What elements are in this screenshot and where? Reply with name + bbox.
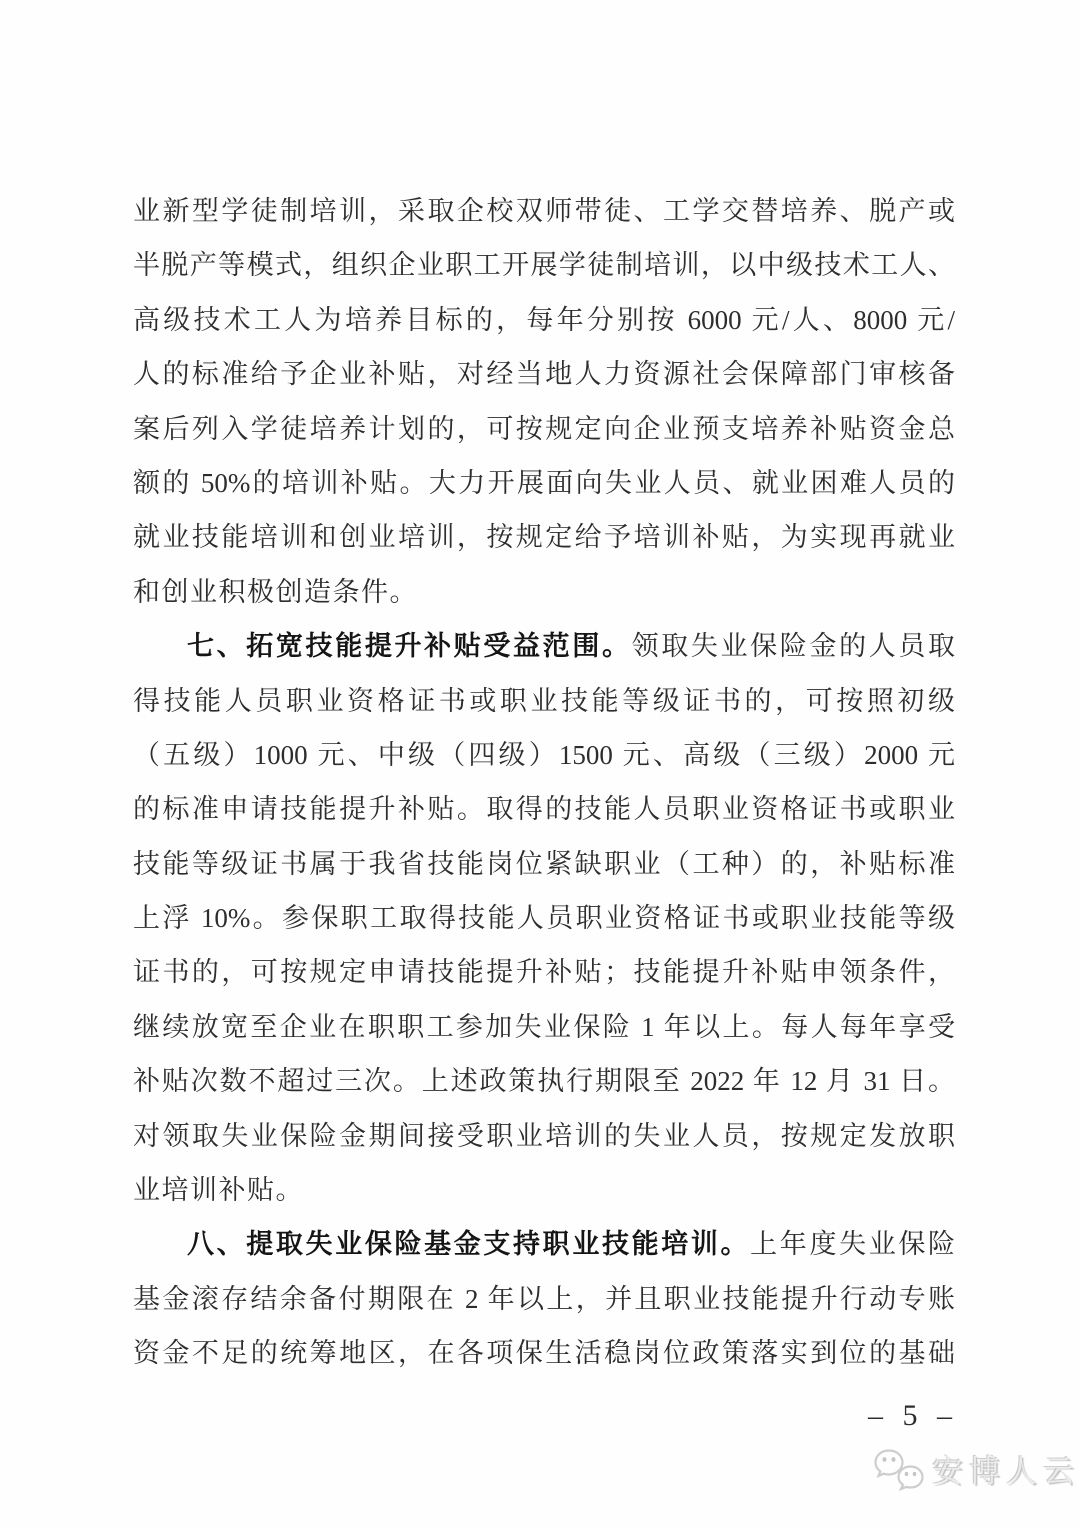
body-line: 的标准申请技能提升补贴。取得的技能人员职业资格证书或职业: [133, 782, 955, 836]
body-line: 高级技术工人为培养目标的，每年分别按 6000 元/人、8000 元/: [133, 293, 955, 347]
body-line: 补贴次数不超过三次。上述政策执行期限至 2022 年 12 月 31 日。: [133, 1054, 955, 1108]
body-line: 资金不足的统筹地区，在各项保生活稳岗位政策落实到位的基础: [133, 1326, 955, 1380]
body-line: 和创业积极创造条件。: [133, 565, 955, 619]
body-text: 上年度失业保险: [750, 1229, 955, 1259]
page-number: – 5 –: [133, 1392, 955, 1440]
body-text: 领取失业保险金的人员取: [632, 631, 955, 661]
body-line: 继续放宽至企业在职职工参加失业保险 1 年以上。每人每年享受: [133, 1000, 955, 1054]
section-7-heading: 七、拓宽技能提升补贴受益范围。: [187, 631, 632, 661]
body-line: 上浮 10%。参保职工取得技能人员职业资格证书或职业技能等级: [133, 891, 955, 945]
body-line: 案后列入学徒培养计划的，可按规定向企业预支培养补贴资金总: [133, 402, 955, 456]
section-7-line: 七、拓宽技能提升补贴受益范围。领取失业保险金的人员取: [133, 619, 955, 673]
watermark-brand: 安博人云: [932, 1446, 1080, 1498]
body-line: 就业技能培训和创业培训，按规定给予培训补贴，为实现再就业: [133, 510, 955, 564]
body-line: 对领取失业保险金期间接受职业培训的失业人员，按规定发放职: [133, 1109, 955, 1163]
document-page: 业新型学徒制培训，采取企校双师带徒、工学交替培养、脱产或 半脱产等模式，组织企业…: [0, 0, 1080, 1527]
body-line: 得技能人员职业资格证书或职业技能等级证书的，可按照初级: [133, 674, 955, 728]
body-line: 基金滚存结余备付期限在 2 年以上，并且职业技能提升行动专账: [133, 1272, 955, 1326]
wechat-icon: [872, 1447, 926, 1497]
body-line: 人的标准给予企业补贴，对经当地人力资源社会保障部门审核备: [133, 347, 955, 401]
body-line: （五级）1000 元、中级（四级）1500 元、高级（三级）2000 元: [133, 728, 955, 782]
body-line: 半脱产等模式，组织企业职工开展学徒制培训，以中级技术工人、: [133, 238, 955, 292]
body-line: 业新型学徒制培训，采取企校双师带徒、工学交替培养、脱产或: [133, 184, 955, 238]
section-8-heading: 八、提取失业保险基金支持职业技能培训。: [187, 1229, 750, 1259]
body-line: 技能等级证书属于我省技能岗位紧缺职业（工种）的，补贴标准: [133, 837, 955, 891]
body-line: 业培训补贴。: [133, 1163, 955, 1217]
watermark: 安博人云: [872, 1446, 1080, 1498]
document-body: 业新型学徒制培训，采取企校双师带徒、工学交替培养、脱产或 半脱产等模式，组织企业…: [133, 184, 955, 1381]
body-line: 额的 50%的培训补贴。大力开展面向失业人员、就业困难人员的: [133, 456, 955, 510]
section-8-line: 八、提取失业保险基金支持职业技能培训。上年度失业保险: [133, 1217, 955, 1271]
body-line: 证书的，可按规定申请技能提升补贴；技能提升补贴申领条件，: [133, 945, 955, 999]
